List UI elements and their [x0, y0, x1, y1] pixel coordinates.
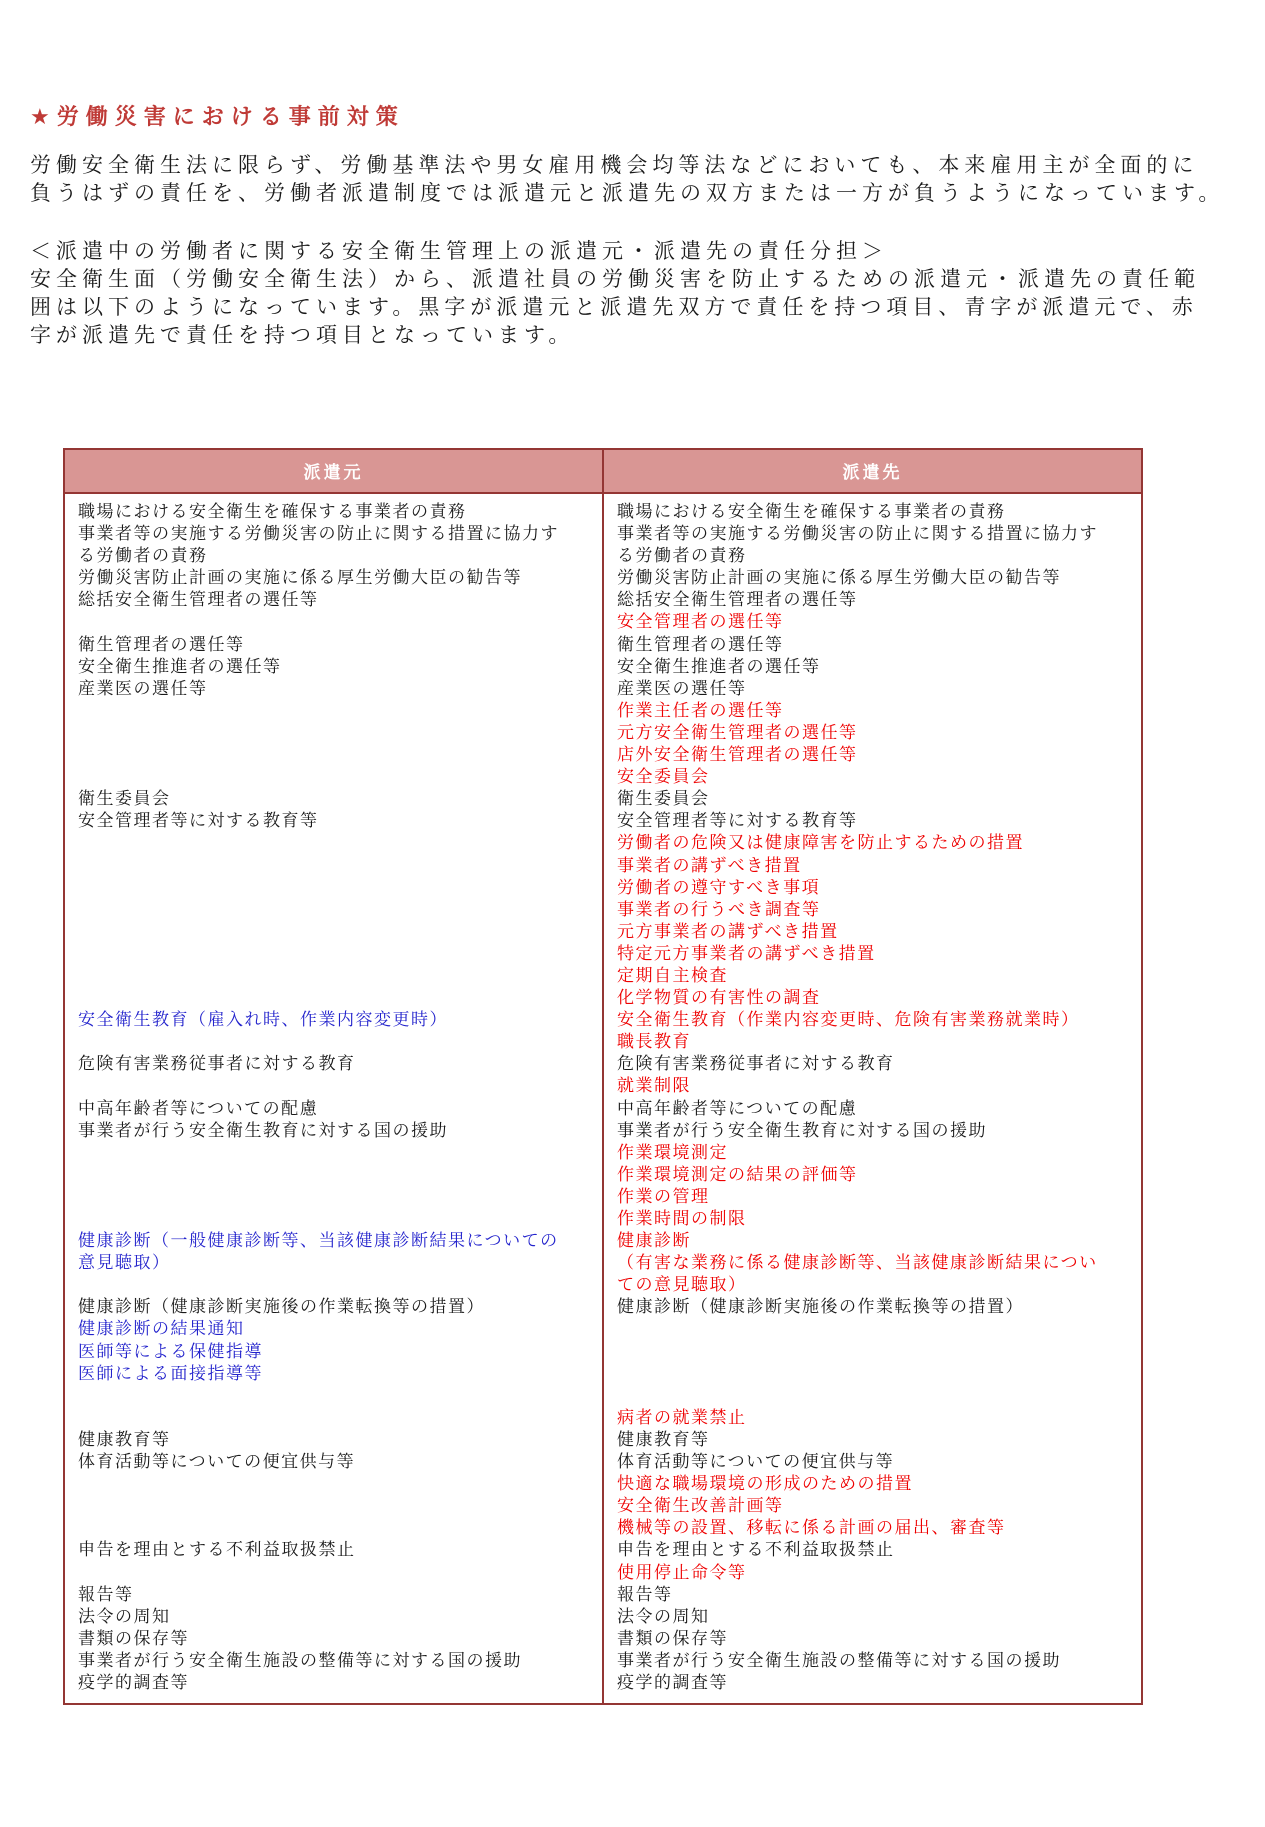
table-line [78, 722, 590, 744]
table-line: 健康診断（健康診断実施後の作業転換等の措置） [78, 1296, 590, 1318]
table-line: （有害な業務に係る健康診断等、当該健康診断結果につい [617, 1252, 1129, 1274]
table-line: 健康教育等 [617, 1429, 1129, 1451]
table-line [78, 1186, 590, 1208]
table-line: 事業者等の実施する労働災害の防止に関する措置に協力す [617, 523, 1129, 545]
table-line: 作業主任者の選任等 [617, 700, 1129, 722]
section-line: 安全衛生面（労働安全衛生法）から、派遣社員の労働災害を防止するための派遣元・派遣… [30, 266, 1200, 294]
table-line: 中高年齢者等についての配慮 [78, 1098, 590, 1120]
intro-paragraph: 労働安全衛生法に限らず、労働基準法や男女雇用機会均等法などにおいても、本来雇用主… [30, 152, 1224, 208]
responsibility-table: 派遣元 派遣先 職場における安全衛生を確保する事業者の責務事業者等の実施する労働… [63, 448, 1143, 1705]
table-line: 安全管理者の選任等 [617, 611, 1129, 633]
table-line: 報告等 [78, 1584, 590, 1606]
table-line: 危険有害業務従事者に対する教育 [617, 1053, 1129, 1075]
table-line: 体育活動等についての便宜供与等 [617, 1451, 1129, 1473]
table-line: 労働災害防止計画の実施に係る厚生労働大臣の勧告等 [78, 567, 590, 589]
origin-cell: 職場における安全衛生を確保する事業者の責務事業者等の実施する労働災害の防止に関す… [65, 494, 602, 1703]
table-line: 健康診断 [617, 1230, 1129, 1252]
table-header-row: 派遣元 派遣先 [65, 450, 1141, 494]
table-line: 安全管理者等に対する教育等 [617, 810, 1129, 832]
table-line [78, 1031, 590, 1053]
table-line: 危険有害業務従事者に対する教育 [78, 1053, 590, 1075]
table-line: 申告を理由とする不利益取扱禁止 [617, 1539, 1129, 1561]
table-line: 書類の保存等 [617, 1628, 1129, 1650]
destination-cell: 職場における安全衛生を確保する事業者の責務事業者等の実施する労働災害の防止に関す… [602, 494, 1141, 1703]
table-line: 総括安全衛生管理者の選任等 [617, 589, 1129, 611]
table-line: 衛生委員会 [617, 788, 1129, 810]
table-line: 書類の保存等 [78, 1628, 590, 1650]
table-line [78, 744, 590, 766]
table-line [78, 1164, 590, 1186]
table-line: 作業環境測定の結果の評価等 [617, 1164, 1129, 1186]
table-line: 疫学的調査等 [78, 1672, 590, 1694]
table-line: 労働者の危険又は健康障害を防止するための措置 [617, 832, 1129, 854]
table-header-origin: 派遣元 [65, 450, 602, 492]
section-line: 字が派遣先で責任を持つ項目となっています。 [30, 322, 1200, 350]
table-line [617, 1318, 1129, 1340]
table-line: 安全衛生改善計画等 [617, 1495, 1129, 1517]
table-line [78, 1473, 590, 1495]
table-line: 中高年齢者等についての配慮 [617, 1098, 1129, 1120]
table-line: 安全衛生推進者の選任等 [78, 656, 590, 678]
table-line: 元方事業者の講ずべき措置 [617, 921, 1129, 943]
table-line [78, 1075, 590, 1097]
table-line: 作業時間の制限 [617, 1208, 1129, 1230]
table-line [78, 1208, 590, 1230]
section-heading: ＜派遣中の労働者に関する安全衛生管理上の派遣元・派遣先の責任分担＞ [30, 238, 1200, 266]
table-line: 安全衛生教育（作業内容変更時、危険有害業務就業時） [617, 1009, 1129, 1031]
table-line: 事業者が行う安全衛生教育に対する国の援助 [78, 1120, 590, 1142]
table-line: 衛生管理者の選任等 [78, 634, 590, 656]
table-line: 使用停止命令等 [617, 1562, 1129, 1584]
intro-line: 負うはずの責任を、労働者派遣制度では派遣元と派遣先の双方または一方が負うようにな… [30, 180, 1224, 208]
table-line: 化学物質の有害性の調査 [617, 987, 1129, 1009]
table-line: 事業者の講ずべき措置 [617, 855, 1129, 877]
table-line [78, 700, 590, 722]
table-line: 定期自主検査 [617, 965, 1129, 987]
table-line: 産業医の選任等 [78, 678, 590, 700]
table-line: 安全管理者等に対する教育等 [78, 810, 590, 832]
table-line: 事業者が行う安全衛生施設の整備等に対する国の援助 [617, 1650, 1129, 1672]
table-line [78, 832, 590, 854]
table-line: 機械等の設置、移転に係る計画の届出、審査等 [617, 1517, 1129, 1539]
table-line: 総括安全衛生管理者の選任等 [78, 589, 590, 611]
table-line [78, 766, 590, 788]
table-line: 就業制限 [617, 1075, 1129, 1097]
table-line [78, 877, 590, 899]
table-line: る労働者の責務 [617, 545, 1129, 567]
table-line [78, 1495, 590, 1517]
page-title: ★労働災害における事前対策 [30, 100, 405, 131]
intro-line: 労働安全衛生法に限らず、労働基準法や男女雇用機会均等法などにおいても、本来雇用主… [30, 152, 1224, 180]
table-line: 安全衛生教育（雇入れ時、作業内容変更時） [78, 1009, 590, 1031]
table-line: 健康教育等 [78, 1429, 590, 1451]
table-line: 健康診断（一般健康診断等、当該健康診断結果についての [78, 1230, 590, 1252]
table-line: 特定元方事業者の講ずべき措置 [617, 943, 1129, 965]
table-line: ての意見聴取） [617, 1274, 1129, 1296]
table-line [78, 1517, 590, 1539]
table-line: 快適な職場環境の形成のための措置 [617, 1473, 1129, 1495]
table-line [78, 921, 590, 943]
table-line [78, 1407, 590, 1429]
table-line: 健康診断（健康診断実施後の作業転換等の措置） [617, 1296, 1129, 1318]
table-line [617, 1385, 1129, 1407]
table-line: 疫学的調査等 [617, 1672, 1129, 1694]
table-line: 体育活動等についての便宜供与等 [78, 1451, 590, 1473]
table-line: 医師等による保健指導 [78, 1341, 590, 1363]
table-line: 法令の周知 [617, 1606, 1129, 1628]
table-line [78, 1385, 590, 1407]
table-line: 労働災害防止計画の実施に係る厚生労働大臣の勧告等 [617, 567, 1129, 589]
table-line: 店外安全衛生管理者の選任等 [617, 744, 1129, 766]
table-line: 医師による面接指導等 [78, 1363, 590, 1385]
table-line [617, 1341, 1129, 1363]
table-line: 作業環境測定 [617, 1142, 1129, 1164]
table-line: 職場における安全衛生を確保する事業者の責務 [78, 501, 590, 523]
section-line: 囲は以下のようになっています。黒字が派遣元と派遣先双方で責任を持つ項目、青字が派… [30, 294, 1200, 322]
table-line: 事業者が行う安全衛生教育に対する国の援助 [617, 1120, 1129, 1142]
table-line [78, 1142, 590, 1164]
table-line [78, 899, 590, 921]
table-line: 事業者が行う安全衛生施設の整備等に対する国の援助 [78, 1650, 590, 1672]
table-line: 安全委員会 [617, 766, 1129, 788]
table-line [78, 943, 590, 965]
table-line: 衛生委員会 [78, 788, 590, 810]
table-line [78, 855, 590, 877]
table-line: 職場における安全衛生を確保する事業者の責務 [617, 501, 1129, 523]
table-line: 意見聴取） [78, 1252, 590, 1274]
table-line: 申告を理由とする不利益取扱禁止 [78, 1539, 590, 1561]
table-line: 衛生管理者の選任等 [617, 634, 1129, 656]
table-body: 職場における安全衛生を確保する事業者の責務事業者等の実施する労働災害の防止に関す… [65, 494, 1141, 1703]
table-line: 事業者の行うべき調査等 [617, 899, 1129, 921]
table-line: 病者の就業禁止 [617, 1407, 1129, 1429]
table-line: 元方安全衛生管理者の選任等 [617, 722, 1129, 744]
table-line: 産業医の選任等 [617, 678, 1129, 700]
table-line [78, 1562, 590, 1584]
table-header-destination: 派遣先 [602, 450, 1141, 492]
section-paragraph: ＜派遣中の労働者に関する安全衛生管理上の派遣元・派遣先の責任分担＞ 安全衛生面（… [30, 238, 1200, 350]
table-line [78, 987, 590, 1009]
table-line [78, 965, 590, 987]
table-line [78, 1274, 590, 1296]
table-line [78, 611, 590, 633]
table-line: 法令の周知 [78, 1606, 590, 1628]
table-line: 健康診断の結果通知 [78, 1318, 590, 1340]
table-line: る労働者の責務 [78, 545, 590, 567]
table-line: 報告等 [617, 1584, 1129, 1606]
table-line: 安全衛生推進者の選任等 [617, 656, 1129, 678]
table-line [617, 1363, 1129, 1385]
table-line: 職長教育 [617, 1031, 1129, 1053]
table-line: 事業者等の実施する労働災害の防止に関する措置に協力す [78, 523, 590, 545]
table-line: 作業の管理 [617, 1186, 1129, 1208]
table-line: 労働者の遵守すべき事項 [617, 877, 1129, 899]
